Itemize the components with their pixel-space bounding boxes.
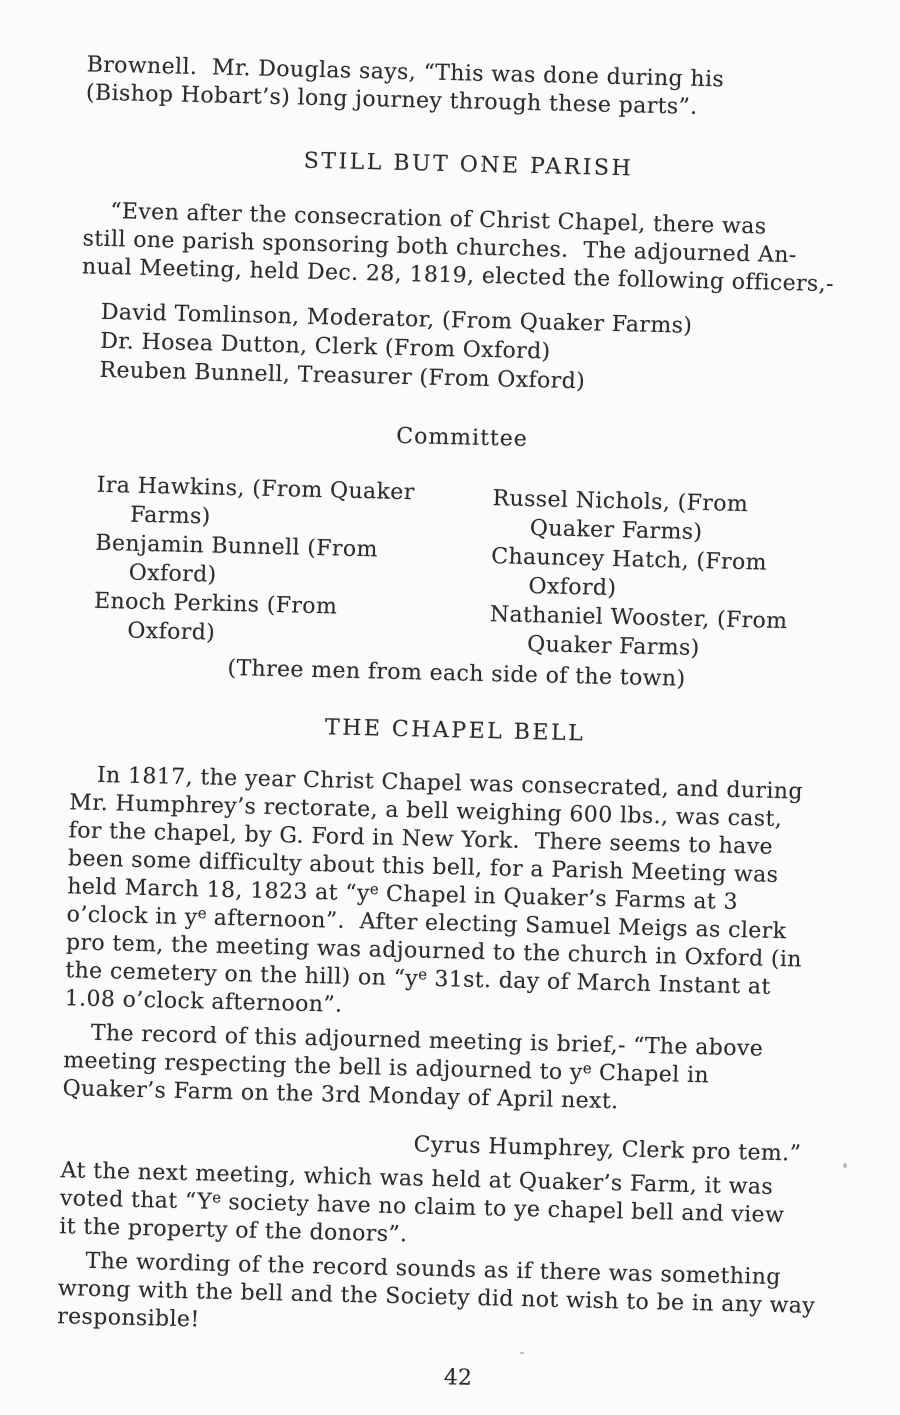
scan-speck: [843, 1163, 847, 1168]
committee-columns: Ira Hawkins, (From Quaker Farms) Benjami…: [73, 470, 845, 666]
section-heading-committee: Committee: [78, 414, 846, 462]
section-heading-chapel-bell: THE CHAPEL BELL: [71, 707, 839, 755]
bell-paragraph-2: The record of this adjourned meeting is …: [62, 1019, 832, 1121]
parish-paragraph: “Even after the consecration of Christ C…: [82, 197, 852, 299]
scan-speck: [481, 163, 484, 166]
committee-member: Ira Hawkins, (From Quaker Farms): [96, 471, 493, 538]
scan-speck: [520, 1352, 524, 1354]
intro-paragraph: Brownell. Mr. Douglas says, “This was do…: [86, 51, 855, 125]
bell-paragraph-3: At the next meeting, which was held at Q…: [59, 1157, 829, 1259]
page-number: 42: [74, 1355, 842, 1401]
bell-paragraph-4: The wording of the record sounds as if t…: [57, 1247, 827, 1349]
committee-member: Enoch Perkins (From Oxford): [93, 587, 490, 654]
scanned-book-page: Brownell. Mr. Douglas says, “This was do…: [0, 0, 900, 1415]
bell-paragraph-1: In 1817, the year Christ Chapel was cons…: [64, 761, 838, 1031]
officers-list: David Tomlinson, Moderator, (From Quaker…: [79, 297, 849, 402]
committee-member: Russel Nichols, (From Quaker Farms): [492, 484, 845, 550]
committee-member: Benjamin Bunnell (From Oxford): [94, 529, 491, 596]
page-content: Brownell. Mr. Douglas says, “This was do…: [0, 0, 900, 1402]
committee-right-column: Russel Nichols, (From Quaker Farms) Chau…: [489, 484, 845, 666]
section-heading-still-but-one-parish: STILL BUT ONE PARISH: [84, 141, 852, 189]
committee-member: Chauncey Hatch, (From Oxford): [490, 542, 843, 608]
committee-member: Nathaniel Wooster, (From Quaker Farms): [489, 600, 842, 666]
committee-left-column: Ira Hawkins, (From Quaker Farms) Benjami…: [73, 470, 493, 658]
